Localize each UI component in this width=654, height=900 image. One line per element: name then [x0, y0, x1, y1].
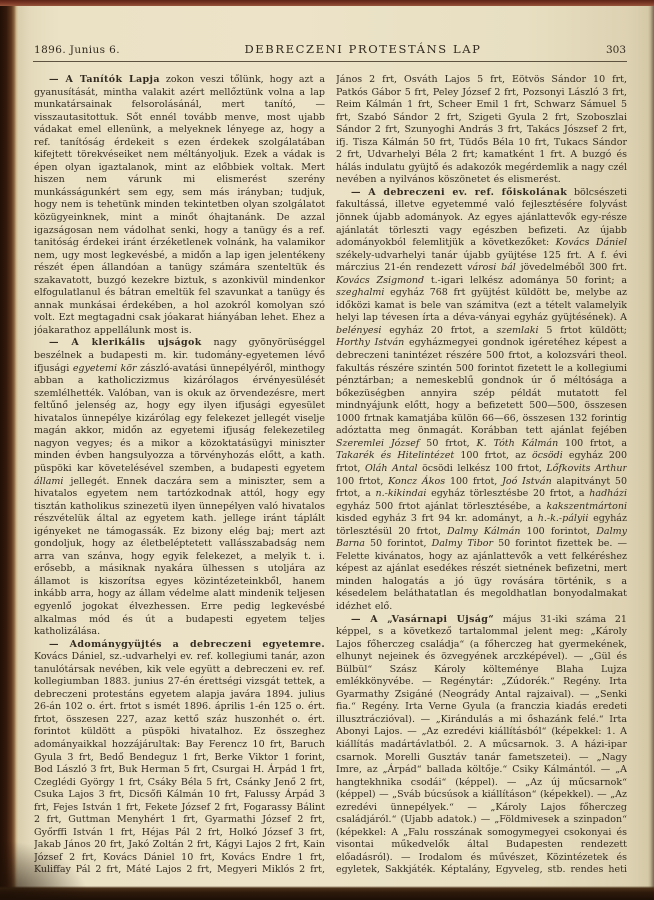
body-text: egyház 500 frtot ajánlat törlesztésébe, … — [336, 501, 546, 512]
paragraph-lead: — A „Vasárnapi Ujság“ — [351, 614, 494, 625]
page-header: 1896. Junius 6. DEBRECZENI PROTESTÁNS LA… — [34, 42, 626, 60]
paragraph: — A debreczeni ev. ref. főiskolának bölc… — [336, 187, 627, 614]
emphasized-text: Kovács Dániel — [556, 237, 627, 248]
emphasized-text: h.-k.-pályii — [538, 513, 589, 524]
body-text: 100 frtot, — [445, 476, 502, 487]
emphasized-text: szemlaki — [497, 325, 539, 336]
emphasized-text: kakszentmártoni — [546, 501, 627, 512]
body-text: 50 frtot, — [419, 438, 476, 449]
paragraph-lead: — A klerikális ujságok — [49, 337, 202, 348]
body-text: egyház törlesztésbe 20 frtot, a — [426, 488, 589, 499]
body-text: 100 frtot, a — [558, 438, 627, 449]
body-text: t.-igari lelkész adománya 50 forint; a — [424, 275, 627, 286]
paragraph: — A Tanítók Lapja zokon veszi tőlünk, ho… — [34, 74, 325, 337]
body-text: kisded egyház 3 frt 94 kr. adományt, a — [336, 513, 538, 524]
emphasized-text: Oláh Antal — [365, 463, 418, 474]
paragraph: — A klerikális ujságok nagy gyönyörüségg… — [34, 337, 325, 638]
scan-bottom-edge — [0, 886, 654, 900]
emphasized-text: Lőfkovits Arthur — [546, 463, 627, 474]
body-text: jellegét. Ennek daczára sem a miniszter,… — [34, 476, 325, 638]
body-text: János 2 frt, Osváth Lajos 5 frt, Eötvös … — [336, 74, 627, 185]
emphasized-text: Joó István — [502, 476, 552, 487]
emphasized-text: K. Tóth Kálmán — [477, 438, 559, 449]
emphasized-text: állami — [34, 476, 63, 487]
emphasized-text: szeghalmi — [336, 287, 384, 298]
emphasized-text: belényesi — [336, 325, 381, 336]
paragraph-lead: — Adománygyüjtés a debreczeni egyetemre. — [49, 639, 325, 650]
body-text: egyház 20 frtot, a — [381, 325, 496, 336]
emphasized-text: öcsödi — [532, 450, 563, 461]
emphasized-text: Dalmy Kálmán — [447, 526, 520, 537]
emphasized-text: n.-kikindai — [376, 488, 427, 499]
body-text: 100 frtot, — [336, 476, 388, 487]
header-rule — [33, 61, 627, 62]
scan-corner-shadow — [0, 840, 90, 900]
article-columns: — A Tanítók Lapja zokon veszi tőlünk, ho… — [34, 74, 627, 876]
text-column-right: János 2 frt, Osváth Lajos 5 frt, Eötvös … — [336, 74, 627, 876]
scanned-page: 1896. Junius 6. DEBRECZENI PROTESTÁNS LA… — [0, 0, 654, 900]
book-binding-edge — [0, 0, 18, 900]
paragraph: — A „Vasárnapi Ujság“ május 31-iki száma… — [336, 614, 627, 876]
scan-right-edge — [648, 0, 654, 900]
emphasized-text: Koncz Ákos — [388, 476, 445, 487]
body-text: 50 forintot fizettek be. — Felette kiván… — [336, 538, 627, 612]
body-text: öcsödi lelkész 100 frtot, — [418, 463, 547, 474]
emphasized-text: Dalmy Tibor — [432, 538, 493, 549]
paragraph: János 2 frt, Osváth Lajos 5 frt, Eötvös … — [336, 74, 627, 187]
emphasized-text: Szeremlei József — [336, 438, 419, 449]
scan-top-edge — [0, 0, 654, 6]
newspaper-title: DEBRECZENI PROTESTÁNS LAP — [120, 42, 606, 56]
emphasized-text: Kovács Zsigmond — [336, 275, 424, 286]
body-text: május 31-iki száma 21 képpel, s a követk… — [336, 614, 627, 876]
emphasized-text: városi bál — [467, 262, 516, 273]
emphasized-text: egyetemi kör — [73, 363, 137, 374]
paragraph-lead: — A Tanítók Lapja — [49, 74, 160, 85]
body-text: egyházmegyei gondnok igéretéhez képest a… — [336, 337, 627, 436]
body-text: 100 forintot, — [520, 526, 596, 537]
body-text: zokon veszi tőlünk, hogy azt a gyanusítá… — [34, 74, 325, 336]
body-text: zászló-avatási ünnepélyéről, minthogy ab… — [34, 363, 325, 474]
body-text: 50 forintot, — [365, 538, 432, 549]
emphasized-text: hadházi — [589, 488, 627, 499]
issue-date: 1896. Junius 6. — [34, 44, 120, 56]
emphasized-text: Horthy István — [336, 337, 404, 348]
emphasized-text: Takarék és Hitelintézet — [336, 450, 454, 461]
body-text: jövedelméből 300 frt. — [516, 262, 627, 273]
body-text: 5 frtot küldött; — [539, 325, 627, 336]
body-text: 100 frtot, az — [454, 450, 532, 461]
text-column-left: — A Tanítók Lapja zokon veszi tőlünk, ho… — [34, 74, 325, 876]
page-number: 303 — [606, 44, 626, 56]
paragraph-lead: — A debreczeni ev. ref. főiskolának — [351, 187, 567, 198]
